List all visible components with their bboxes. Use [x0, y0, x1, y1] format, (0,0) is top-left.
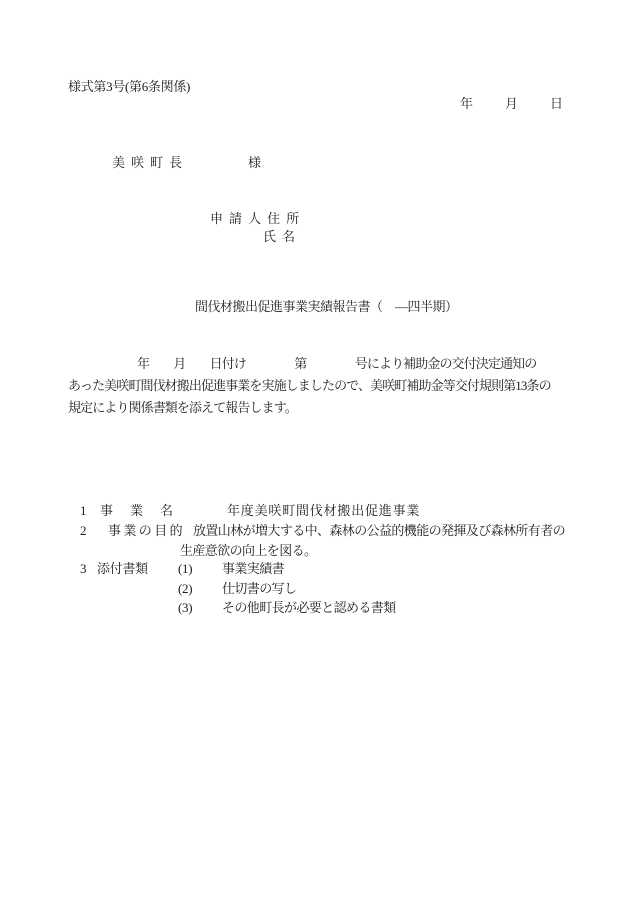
item-2-purpose-line-1: 放置山林が増大する中、森林の公益的機能の発揮及び森林所有者の	[193, 524, 565, 539]
date-blank-line: 年 月 日	[460, 97, 565, 112]
applicant-address-label: 申 請 人 住 所	[210, 212, 301, 227]
applicant-name-label: 氏 名	[263, 230, 296, 245]
addressee: 美 咲 町 長	[112, 156, 184, 171]
item-1-label-project-name: 事 業 名	[100, 504, 175, 519]
form-number: 様式第3号(第6条関係)	[68, 80, 190, 95]
item-2-purpose-line-2: 生産意欲の向上を図る。	[180, 544, 316, 559]
item-3-number: 3	[80, 562, 86, 577]
item-2-label-project-purpose: 事業の目的	[108, 524, 185, 539]
item-2-number: 2	[80, 524, 86, 539]
attachment-3-number: (3)	[178, 601, 192, 616]
document-title: 間伐材搬出促進事業実績報告書（ ―四半期）	[195, 300, 458, 315]
item-1-value-project-name: 年度美咲町間伐材搬出促進事業	[227, 504, 420, 519]
attachment-1-text: 事業実績書	[222, 562, 284, 577]
attachment-2-text: 仕切書の写し	[222, 582, 296, 597]
body-paragraph-line-3: 規定により関係書類を添えて報告します。	[68, 401, 297, 416]
body-paragraph-line-1: 年 月 日付け 第 号により補助金の交付決定通知の	[68, 357, 536, 372]
document-page: 様式第3号(第6条関係) 年 月 日 美 咲 町 長 様 申 請 人 住 所 氏…	[0, 0, 630, 903]
item-3-label-attachments: 添付書類	[97, 562, 148, 577]
item-1-number: 1	[80, 504, 86, 519]
addressee-honorific: 様	[248, 156, 261, 171]
body-paragraph-line-2: あった美咲町間伐材搬出促進事業を実施しましたので、美咲町補助金等交付規則第13条…	[68, 379, 551, 394]
attachment-1-number: (1)	[178, 562, 192, 577]
attachment-2-number: (2)	[178, 582, 192, 597]
attachment-3-text: その他町長が必要と認める書類	[222, 601, 396, 616]
